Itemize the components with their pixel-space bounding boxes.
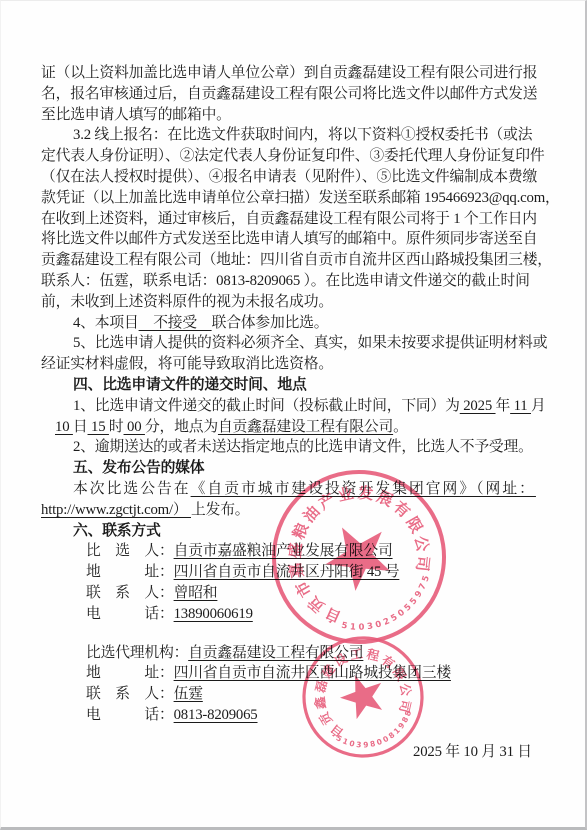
text-line-29: 地 址：四川省自贡市自流井区西山路城投集团三楼 [86, 663, 553, 684]
underlined-text-segment: 15 [88, 419, 109, 435]
text-segment: 款凭证（以上加盖比选申请单位公章扫描）发送至联系邮箱 195466923@qq.… [41, 190, 560, 206]
text-segment: 五、发布公告的媒体 [73, 460, 204, 476]
underlined-text-segment: 《自贡市城市建设投资开发集团官网》（网址： [191, 481, 536, 497]
text-line-26: 联 系 人：曾昭和 [86, 583, 553, 604]
text-segment: 日 [73, 419, 88, 435]
text-segment: 定代表人身份证明）、②法定代表人身份证复印件、③委托代理人身份证复印件 [41, 148, 545, 164]
text-line-3: 至比选申请人填写的邮箱中。 [41, 105, 553, 126]
text-segment: 联 系 人： [86, 585, 174, 601]
text-segment: 分，地点为 [145, 419, 218, 435]
text-segment: 。 [393, 419, 408, 435]
text-segment: 六、联系方式 [73, 523, 161, 539]
text-segment: 5、比选申请人提供的资料必须齐全、真实，如果未按要求提供证明材料或 [73, 335, 547, 351]
text-line-31: 电 话：0813-8209065 [86, 705, 553, 726]
text-segment: 贡鑫磊建设工程有限公司（地址：四川省自贡市自流井区西山路城投集团三楼， [41, 252, 552, 268]
text-line-30: 联 系 人：伍霆 [86, 684, 553, 705]
underlined-text-segment: 0813-8209065 [174, 707, 258, 723]
text-line-28: 比选代理机构：自贡鑫磊建设工程有限公司 [86, 643, 553, 664]
text-segment: 地 址： [86, 665, 174, 681]
underlined-text-segment: 四川省自贡市自流井区西山路城投集团三楼 [174, 665, 451, 681]
text-segment: （仅在法人授权时提供）、④报名申请表（见附件）、⑤比选文件编制成本费缴 [41, 169, 537, 185]
text-segment: 经证实材料虚假，将可能导致取消比选资格。 [41, 356, 333, 372]
text-segment: 年 [496, 398, 511, 414]
text-line-17: 1、比选申请文件递交的截止时间（投标截止时间，下同）为 2025 年 11 月 [73, 396, 553, 417]
text-segment: 3.2 线上报名：在比选文件获取时间内，将以下资料①授权委托书（或法 [73, 127, 532, 143]
underlined-text-segment: 自贡鑫磊建设工程有限公司 [218, 419, 393, 435]
text-segment: 2025 年 10 月 31 日 [413, 744, 532, 760]
text-segment: 四、比选申请文件的递交时间、地点 [73, 377, 307, 393]
text-segment: 本次比选公告在 [73, 481, 191, 497]
text-segment: 联合体参加比选。 [212, 315, 329, 331]
document-page: 证（以上资料加盖比选申请人单位公章）到自贡鑫磊建设工程有限公司进行报名，报名审核… [0, 0, 587, 830]
underlined-text-segment: 2025 [460, 398, 496, 414]
document-content: 证（以上资料加盖比选申请人单位公章）到自贡鑫磊建设工程有限公司进行报名，报名审核… [41, 63, 553, 763]
text-line-27: 电 话：13890060619 [86, 604, 553, 625]
text-line-20: 五、发布公告的媒体 [73, 458, 553, 479]
text-line-10: 贡鑫磊建设工程有限公司（地址：四川省自贡市自流井区西山路城投集团三楼， [41, 250, 553, 271]
text-segment: 前，未收到上述资料原件的视为未报名成功。 [41, 294, 333, 310]
text-line-6: （仅在法人授权时提供）、④报名申请表（见附件）、⑤比选文件编制成本费缴 [41, 167, 553, 188]
text-line-22: http://www.zgctjt.com/） 上发布。 [41, 500, 553, 521]
underlined-text-segment: 不接受 [139, 315, 212, 331]
text-segment: 月 [531, 398, 546, 414]
text-line-16: 四、比选申请文件的递交时间、地点 [73, 375, 553, 396]
text-line-23: 六、联系方式 [73, 521, 553, 542]
underlined-text-segment: 自贡市嘉盛粮油产业发展有限公司 [174, 543, 393, 559]
text-line-7: 款凭证（以上加盖比选申请单位公章扫描）发送至联系邮箱 195466923@qq.… [41, 188, 553, 209]
text-segment: 上发布。 [191, 502, 249, 518]
text-segment: 联 系 人： [86, 686, 174, 702]
text-segment: 4、本项目 [73, 315, 139, 331]
text-segment: 联系人：伍霆，联系电话：0813-8209065 ）。在比选申请文件递交的截止时… [41, 273, 530, 289]
text-line-32: 2025 年 10 月 31 日 [413, 742, 553, 763]
text-segment: 时 [109, 419, 124, 435]
text-segment: 将比选文件以邮件方式发送至比选申请人填写的邮箱中。原件须同步寄送至自 [41, 231, 537, 247]
text-line-19: 2、逾期送达的或者未送达指定地点的比选申请文件，比选人不予受理。 [73, 437, 553, 458]
text-segment: 证（以上资料加盖比选申请人单位公章）到自贡鑫磊建设工程有限公司进行报 [41, 65, 537, 81]
text-line-8: 在收到上述资料，通过审核后，自贡鑫磊建设工程有限公司将于 1 个工作日内 [41, 209, 553, 230]
text-segment: 在收到上述资料，通过审核后，自贡鑫磊建设工程有限公司将于 1 个工作日内 [41, 211, 537, 227]
text-segment: 比选代理机构： [86, 645, 188, 661]
text-segment: 电 话： [86, 606, 174, 622]
text-line-4: 3.2 线上报名：在比选文件获取时间内，将以下资料①授权委托书（或法 [73, 125, 553, 146]
underlined-text-segment: 00 [124, 419, 145, 435]
text-line-1: 证（以上资料加盖比选申请人单位公章）到自贡鑫磊建设工程有限公司进行报 [41, 63, 553, 84]
text-line-24: 比 选 人：自贡市嘉盛粮油产业发展有限公司 [86, 541, 553, 562]
text-segment: 名，报名审核通过后，自贡鑫磊建设工程有限公司将比选文件以邮件方式发送 [41, 86, 537, 102]
text-line-18: 10 日 15 时 00 分，地点为自贡鑫磊建设工程有限公司。 [55, 417, 553, 438]
text-line-15: 经证实材料虚假，将可能导致取消比选资格。 [41, 354, 553, 375]
text-line-2: 名，报名审核通过后，自贡鑫磊建设工程有限公司将比选文件以邮件方式发送 [41, 84, 553, 105]
text-segment: 2、逾期送达的或者未送达指定地点的比选申请文件，比选人不予受理。 [73, 439, 533, 455]
text-line-13: 4、本项目 不接受 联合体参加比选。 [73, 313, 553, 334]
underlined-text-segment: 13890060619 [174, 606, 253, 622]
text-segment: 至比选申请人填写的邮箱中。 [41, 107, 231, 123]
text-line-11: 联系人：伍霆，联系电话：0813-8209065 ）。在比选申请文件递交的截止时… [41, 271, 553, 292]
underlined-text-segment: 10 [55, 419, 73, 435]
text-line-21: 本次比选公告在《自贡市城市建设投资开发集团官网》（网址： [73, 479, 553, 500]
underlined-text-segment: 伍霆 [174, 686, 203, 702]
underlined-text-segment: http://www.zgctjt.com/） [41, 502, 191, 518]
text-line-25: 地 址：四川省自贡市自流井区丹阳街 45 号 [86, 562, 553, 583]
underlined-text-segment: 自贡鑫磊建设工程有限公司 [188, 645, 363, 661]
underlined-text-segment: 11 [510, 398, 531, 414]
text-segment: 1、比选申请文件递交的截止时间（投标截止时间，下同）为 [73, 398, 460, 414]
text-line-12: 前，未收到上述资料原件的视为未报名成功。 [41, 292, 553, 313]
underlined-text-segment: 四川省自贡市自流井区丹阳街 45 号 [174, 564, 400, 580]
text-segment: 比 选 人： [86, 543, 174, 559]
text-line-14: 5、比选申请人提供的资料必须齐全、真实，如果未按要求提供证明材料或 [73, 333, 553, 354]
text-line-9: 将比选文件以邮件方式发送至比选申请人填写的邮箱中。原件须同步寄送至自 [41, 229, 553, 250]
underlined-text-segment: 曾昭和 [174, 585, 218, 601]
text-segment: 电 话： [86, 707, 174, 723]
text-line-5: 定代表人身份证明）、②法定代表人身份证复印件、③委托代理人身份证复印件 [41, 146, 553, 167]
text-segment: 地 址： [86, 564, 174, 580]
